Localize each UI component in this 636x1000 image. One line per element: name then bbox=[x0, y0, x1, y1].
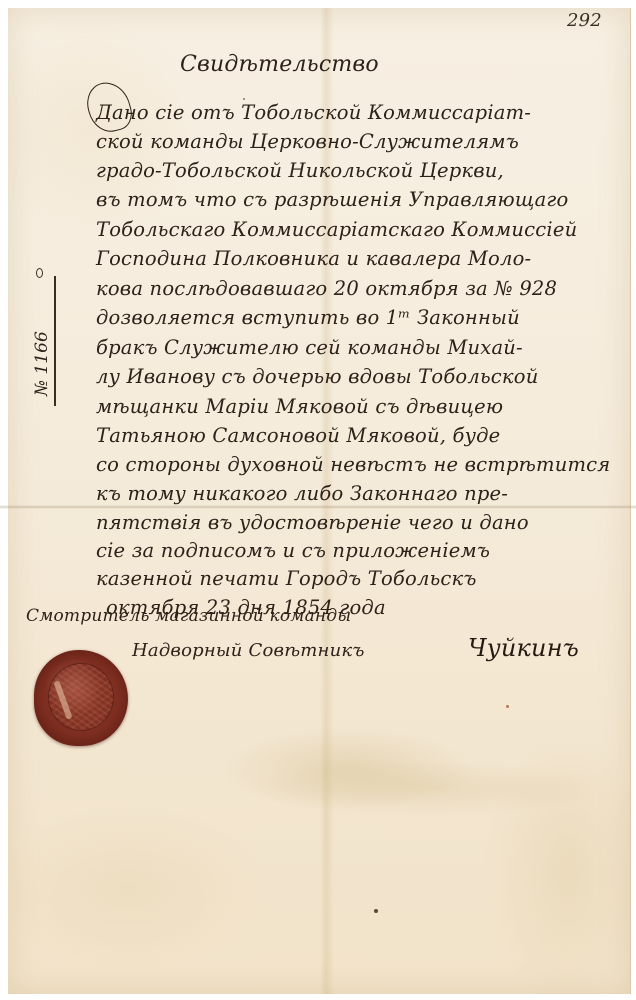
signer-rank: Надворный Совѣтникъ bbox=[132, 640, 365, 661]
body-line: мѣщанки Маріи Мяковой съ дѣвицею bbox=[96, 394, 503, 420]
body-line: пятствія въ удостовѣреніе чего и дано bbox=[96, 510, 529, 536]
body-line: Тобольскаго Коммиссаріатскаго Коммиссіей bbox=[96, 217, 577, 243]
body-line: со стороны духовной невѣстъ не встрѣтитс… bbox=[96, 452, 610, 478]
margin-registry-number: № 1166 bbox=[30, 268, 60, 408]
body-line: Дано сіе отъ Тобольской Коммиссаріат- bbox=[96, 100, 531, 126]
document-title: Свидѣтельство bbox=[180, 52, 379, 77]
signature: Чуйкинъ bbox=[468, 634, 579, 662]
margin-note-text: № 1166 bbox=[32, 331, 52, 396]
paper-speck bbox=[506, 705, 509, 708]
body-line: градо-Тобольской Никольской Церкви, bbox=[96, 158, 504, 184]
body-line: Татьяною Самсоновой Мяковой, буде bbox=[96, 423, 500, 449]
body-line: ской команды Церковно-Служителямъ bbox=[96, 129, 519, 155]
degree-mark bbox=[36, 268, 43, 278]
wax-seal-icon bbox=[34, 650, 128, 746]
page-number: 292 bbox=[567, 10, 602, 31]
body-line: казенной печати Городъ Тобольскъ bbox=[96, 566, 477, 592]
body-line: дозволяется вступить во 1ᵐ Законный bbox=[96, 305, 520, 331]
body-line: Господина Полковника и кавалера Моло- bbox=[96, 246, 531, 272]
body-line: лу Иванову съ дочерью вдовы Тобольской bbox=[96, 364, 538, 390]
margin-rule bbox=[54, 276, 56, 406]
signer-position: Смотритель магазинной команды bbox=[26, 606, 351, 626]
body-line: бракъ Служителю сей команды Михай- bbox=[96, 335, 523, 361]
body-line: въ томъ что съ разрѣшенія Управляющаго bbox=[96, 187, 568, 213]
paper-speck bbox=[243, 98, 245, 100]
body-line: къ тому никакого либо Законнаго пре- bbox=[96, 481, 508, 507]
body-line: сіе за подписомъ и съ приложеніемъ bbox=[96, 538, 490, 564]
body-line: кова послѣдовавшаго 20 октября за № 928 bbox=[96, 276, 557, 302]
paper-speck bbox=[374, 909, 378, 913]
